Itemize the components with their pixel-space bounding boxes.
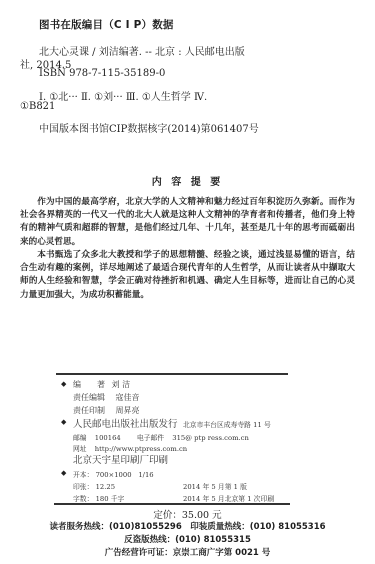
format-label: 开本：: [73, 471, 93, 479]
email-value: 315@ ptp ress.com.cn: [172, 434, 249, 442]
sheets-row: 印张： 12.25: [73, 481, 115, 491]
postcode-label: 邮编: [73, 434, 87, 442]
print-manager-row: 责任印制 周昇亮: [73, 405, 140, 416]
editor-label: 责任编辑: [73, 393, 105, 402]
printer: 北京天宇星印刷厂印刷: [73, 452, 168, 466]
print-manager-value: 周昇亮: [116, 406, 140, 415]
editor-value: 寇佳音: [116, 393, 140, 402]
hotline-service-quality: 读者服务热线：(010)81055296 印装质量热线：(010) 810553…: [0, 520, 375, 532]
words-value: 180 千字: [96, 495, 125, 503]
format-row: 开本： 700×1000 1/16: [73, 469, 154, 479]
bullet-icon: ◆: [61, 380, 66, 388]
summary-title: 内 容 提 要: [0, 173, 375, 188]
cip-line-verification: 中国版本图书馆CIP数据核字(2014)第061407号: [39, 120, 259, 135]
print-manager-label: 责任印制: [73, 406, 105, 415]
author-label: 编 著: [73, 380, 105, 389]
edition: 2014 年 5 月第 1 版: [183, 481, 247, 491]
format-value: 700×1000 1/16: [96, 471, 154, 479]
ad-license: 广告经营许可证：京崇工商广字第 0021 号: [0, 546, 375, 558]
postcode-value: 100164: [95, 434, 121, 442]
contact-row: 邮编 100164 电子邮件 315@ ptp ress.com.cn: [73, 432, 249, 442]
words-label: 字数：: [73, 495, 93, 503]
author-row: 编 著 刘 洁: [73, 379, 130, 390]
summary-paragraph: 作为中国的最高学府，北京大学的人文精神和魅力经过百年积淀历久弥新。而作为社会各界…: [20, 196, 355, 249]
cip-line-isbn: ISBN 978-7-115-35189-0: [39, 68, 165, 79]
sheets-label: 印张：: [73, 483, 93, 491]
divider-top: [56, 373, 288, 375]
summary-paragraph: 本书甄选了众多北大教授和学子的思想精髓、经验之谈，通过浅显易懂的语言，结合生动有…: [20, 249, 355, 302]
publisher-address: 北京市丰台区成寿寺路 11 号: [183, 419, 271, 429]
editor-row: 责任编辑 寇佳音: [73, 392, 140, 403]
price: 定价：35.00 元: [0, 507, 375, 521]
cip-line-class-code: ①B821: [20, 101, 55, 112]
bullet-icon: ◆: [61, 418, 66, 426]
cip-title: 图书在版编目（C I P）数据: [39, 17, 174, 32]
sheets-value: 12.25: [96, 483, 115, 491]
divider-bottom: [54, 503, 290, 505]
words-row: 字数： 180 千字: [73, 493, 124, 503]
hotline-anti-piracy: 反盗版热线：(010) 81055315: [0, 533, 375, 545]
cip-line-classification: Ⅰ. ①北··· Ⅱ. ①刘··· Ⅲ. ①人生哲学 Ⅳ.: [39, 88, 207, 103]
publisher: 人民邮电出版社出版发行: [73, 416, 178, 430]
email-label: 电子邮件: [137, 434, 164, 442]
printing: 2014 年 5 月北京第 1 次印刷: [183, 493, 274, 503]
author-value: 刘 洁: [112, 380, 131, 389]
bullet-icon: ◆: [61, 469, 66, 477]
